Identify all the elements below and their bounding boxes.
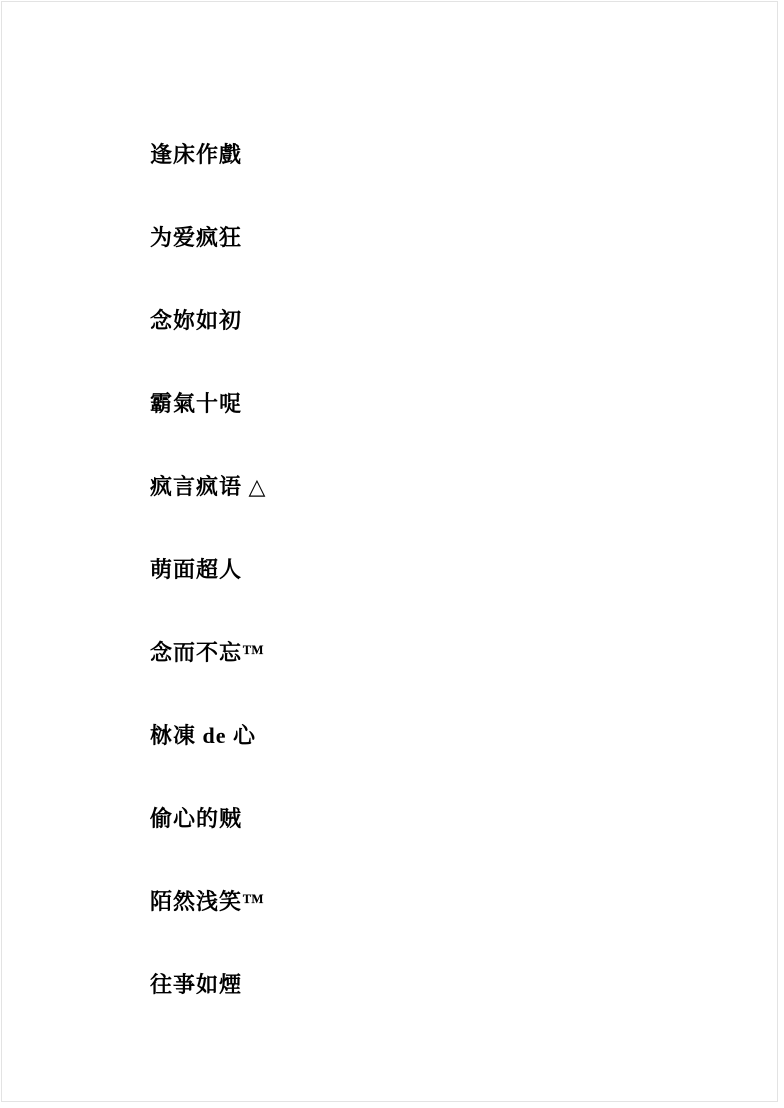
- name-list-item: 为爱疯狂: [150, 227, 266, 249]
- name-list-item: 疯言疯语 △: [150, 476, 266, 498]
- name-list: 逢床作戲为爱疯狂念妳如初霸氣十哫疯言疯语 △萌面超人念而不忘™栤凍 de 心偷心…: [150, 144, 266, 1057]
- name-list-item: 往亊如煙: [150, 974, 266, 996]
- name-list-item: 偷心的贼: [150, 808, 266, 830]
- name-list-item: 逢床作戲: [150, 144, 266, 166]
- name-list-item: 念而不忘™: [150, 642, 266, 664]
- name-list-item: 念妳如初: [150, 310, 266, 332]
- name-list-item: 陌然浅笑™: [150, 891, 266, 913]
- name-list-item: 萌面超人: [150, 559, 266, 581]
- document-page: 逢床作戲为爱疯狂念妳如初霸氣十哫疯言疯语 △萌面超人念而不忘™栤凍 de 心偷心…: [0, 0, 784, 1108]
- page-border: [1, 1, 778, 1102]
- name-list-item: 霸氣十哫: [150, 393, 266, 415]
- name-list-item: 栤凍 de 心: [150, 725, 266, 747]
